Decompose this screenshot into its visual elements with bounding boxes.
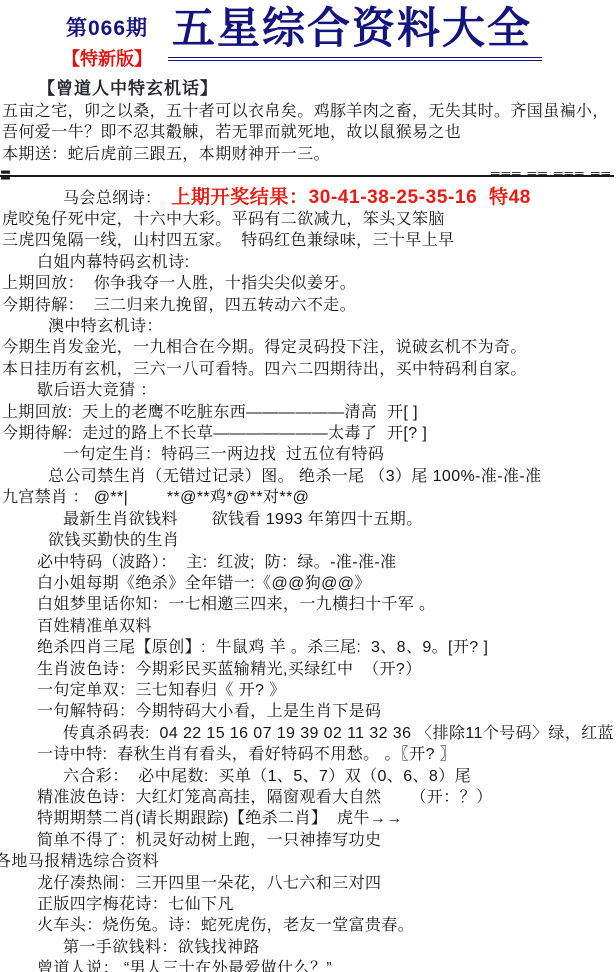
line-text: 吾何爱一牛？即不忍其觳觫，若无罪而就死地，故以鼠猴易之也 bbox=[2, 124, 461, 141]
line-text: 白姐梦里话你知：一七相邀三四来，一九横扫十千军 。 bbox=[37, 596, 435, 613]
text-line: 火车头：烧伤兔。诗：蛇死虎伤，老友一堂富贵春。 bbox=[37, 915, 616, 936]
document-page: 第066期 【特新版】 五星综合资料大全 【曾道人中特玄机话】 五亩之宅，卯之以… bbox=[0, 0, 616, 972]
section-header: 【曾道人中特玄机话】 bbox=[38, 74, 616, 99]
line-text: 今期生肖发金光，一九相合在今期。得定灵码投下注，说破玄机不为奇。 bbox=[2, 339, 527, 356]
line-text: 各地马报精选综合资料 bbox=[0, 853, 159, 870]
text-line: 第一手欲钱料：欲钱找神路 bbox=[63, 937, 616, 958]
divider-marks-right: ═══ ══ ═══ ══ bbox=[491, 166, 612, 180]
line-text: 火车头：烧伤兔。诗：蛇死虎伤，老友一堂富贵春。 bbox=[37, 917, 414, 934]
text-line: 马会总纲诗：上期开奖结果：30-41-38-25-35-16 特48 bbox=[63, 187, 616, 209]
text-line: 简单不得了：机灵好动树上跑，一只神捧写功史 bbox=[37, 830, 616, 851]
text-line: 龙仔凑热闹：三开四里一朵花，八七六和三对四 bbox=[37, 873, 616, 894]
line-text: 特期期禁二肖(请长期跟踪)【绝杀二肖】 虎牛→→ bbox=[37, 810, 403, 827]
line-text: 六合彩： 必中尾数: 买单（1、5、7）双（0、6、8）尾 bbox=[63, 768, 471, 785]
text-line: 白小姐每期《绝杀》全年错一:《@@狗@@》 bbox=[37, 573, 616, 594]
line-text: 总公司禁生肖（无错过记录）图。 绝杀一尾 （3）尾 100%-准-准-准 bbox=[48, 468, 542, 485]
line-text: 精准波色诗：大红灯笼高高挂，隔窗观看大自然 （开：？） bbox=[37, 789, 492, 806]
text-line: 生肖波色诗：今期彩民买蓝输精光,买绿红中 （开?） bbox=[37, 659, 616, 680]
divider-mark-left: 〓 bbox=[0, 167, 11, 183]
poem-label: 马会总纲诗： bbox=[63, 190, 161, 207]
text-line: 总公司禁生肖（无错过记录）图。 绝杀一尾 （3）尾 100%-准-准-准 bbox=[48, 466, 616, 487]
line-text: 本期送：蛇后虎前三跟五，本期财神开一三。 bbox=[2, 146, 330, 163]
line-text: 正版四字梅花诗：七仙下凡 bbox=[37, 896, 234, 913]
line-text: 欲钱买勤快的生肖 bbox=[48, 532, 179, 549]
text-line: 最新生肖欲钱料 欲钱看 1993 年第四十五期。 bbox=[63, 509, 616, 530]
text-line: 正版四字梅花诗：七仙下凡 bbox=[37, 894, 616, 915]
text-line: 歇后语大竞猜 ： bbox=[37, 380, 616, 401]
text-line: 本期送：蛇后虎前三跟五，本期财神开一三。 bbox=[2, 144, 616, 165]
line-text: 白姐内幕特码玄机诗: bbox=[37, 254, 189, 271]
edition-badge: 【特新版】 bbox=[62, 45, 152, 71]
horizontal-divider: 〓═══ ══ ═══ ══ bbox=[0, 165, 616, 186]
page-title: 五星综合资料大全 bbox=[168, 6, 542, 61]
text-line: 百姓精准单双料 bbox=[37, 616, 616, 637]
text-line: 三虎四兔隔一线，山村四五家。 特码红色兼绿味，三十早上早 bbox=[2, 230, 616, 251]
text-line: 绝杀四肖三尾【原创】: 牛鼠鸡 羊 。杀三尾: 3、8、9。[开? ] bbox=[37, 637, 616, 658]
line-text: 必中特码（波路）： 主: 红波; 防：绿。-准-准-准 bbox=[37, 554, 397, 571]
line-text: 百姓精准单双料 bbox=[37, 618, 152, 635]
line-text: 虎咬兔仔死中定，十六中大彩。平码有二欲减九，笨头又笨脑 bbox=[2, 211, 445, 228]
text-line: 传真杀码表: 04 22 15 16 07 19 39 02 11 32 36 … bbox=[63, 723, 616, 744]
line-text: 一句定单双：三七知春归《 开? 》 bbox=[37, 682, 286, 699]
line-text: 九宫禁肖 ： @**| **@**鸡*@**对**@ bbox=[2, 489, 309, 506]
line-text: 白小姐每期《绝杀》全年错一:《@@狗@@》 bbox=[37, 575, 371, 592]
line-text: 澳中特玄机诗： bbox=[48, 318, 163, 335]
text-line: 特期期禁二肖(请长期跟踪)【绝杀二肖】 虎牛→→ bbox=[37, 808, 616, 829]
line-text: 生肖波色诗：今期彩民买蓝输精光,买绿红中 （开?） bbox=[37, 661, 422, 678]
line-text: 本日挂历有玄机，三六一八可看特。四六二四期待出，买中特码利自家。 bbox=[2, 361, 527, 378]
text-line: 九宫禁肖 ： @**| **@**鸡*@**对**@ bbox=[2, 487, 616, 508]
line-text: 龙仔凑热闹：三开四里一朵花，八七六和三对四 bbox=[37, 875, 381, 892]
line-text: 一句定生肖：特码三一两边找 过五位有特码 bbox=[63, 446, 384, 463]
text-line: 五亩之宅，卯之以桑，五十者可以衣帛矣。鸡豚羊肉之畜，无失其时。齐国虽褊小， bbox=[2, 101, 616, 122]
line-text: 绝杀四肖三尾【原创】: 牛鼠鸡 羊 。杀三尾: 3、8、9。[开? ] bbox=[37, 639, 488, 656]
last-result-text: 上期开奖结果：30-41-38-25-35-16 特48 bbox=[171, 187, 531, 208]
text-line: 一句定生肖：特码三一两边找 过五位有特码 bbox=[63, 444, 616, 465]
line-text: 第一手欲钱料：欲钱找神路 bbox=[63, 939, 260, 956]
text-line: 本日挂历有玄机，三六一八可看特。四六二四期待出，买中特码利自家。 bbox=[2, 359, 616, 380]
issue-number: 第066期 bbox=[66, 12, 148, 42]
line-text: 三虎四兔隔一线，山村四五家。 特码红色兼绿味，三十早上早 bbox=[2, 232, 455, 249]
text-line: 白姐内幕特码玄机诗: bbox=[37, 252, 616, 273]
document-body: 五亩之宅，卯之以桑，五十者可以衣帛矣。鸡豚羊肉之畜，无失其时。齐国虽褊小，吾何爱… bbox=[0, 101, 616, 972]
text-line: 一诗中特: 春秋生肖有看头，看好特码不用愁。 。〖开? 〗 bbox=[37, 744, 616, 765]
text-line: 精准波色诗：大红灯笼高高挂，隔窗观看大自然 （开：？） bbox=[37, 787, 616, 808]
masthead: 第066期 【特新版】 五星综合资料大全 bbox=[0, 0, 616, 71]
text-line: 上期回放： 你争我夺一人胜，十指尖尖似姜牙。 bbox=[2, 273, 616, 294]
text-line: 欲钱买勤快的生肖 bbox=[48, 530, 616, 551]
text-line: 曾道人说： “男人三十在外最爱做什么？” bbox=[37, 958, 616, 972]
line-text: 今期待解： 三二归来九挽留，四五转动六不走。 bbox=[2, 297, 356, 314]
line-text: 传真杀码表: 04 22 15 16 07 19 39 02 11 32 36 … bbox=[63, 725, 614, 742]
line-text: 一诗中特: 春秋生肖有看头，看好特码不用愁。 。〖开? 〗 bbox=[37, 746, 456, 763]
line-text: 歇后语大竞猜 ： bbox=[37, 382, 157, 399]
text-line: 今期生肖发金光，一九相合在今期。得定灵码投下注，说破玄机不为奇。 bbox=[2, 337, 616, 358]
issue-block: 第066期 【特新版】 bbox=[62, 12, 152, 71]
line-text: 简单不得了：机灵好动树上跑，一只神捧写功史 bbox=[37, 832, 381, 849]
line-text: 曾道人说： “男人三十在外最爱做什么？” bbox=[37, 960, 332, 972]
text-line: 今期待解： 三二归来九挽留，四五转动六不走。 bbox=[2, 295, 616, 316]
line-text: 最新生肖欲钱料 欲钱看 1993 年第四十五期。 bbox=[63, 511, 423, 528]
text-line: 一句解特码：今期特码大小看，上是生肖下是码 bbox=[37, 701, 616, 722]
text-line: 必中特码（波路）： 主: 红波; 防：绿。-准-准-准 bbox=[37, 552, 616, 573]
text-line: 白姐梦里话你知：一七相邀三四来，一九横扫十千军 。 bbox=[37, 594, 616, 615]
text-line: 上期回放: 天上的老鹰不吃脏东西——————清高 开[ ] bbox=[2, 402, 616, 423]
line-text: 一句解特码：今期特码大小看，上是生肖下是码 bbox=[37, 703, 381, 720]
text-line: 澳中特玄机诗： bbox=[48, 316, 616, 337]
text-line: 今期待解: 走过的路上不长草———————太毒了 开[? ] bbox=[2, 423, 616, 444]
text-line: 虎咬兔仔死中定，十六中大彩。平码有二欲减九，笨头又笨脑 bbox=[2, 209, 616, 230]
line-text: 今期待解: 走过的路上不长草———————太毒了 开[? ] bbox=[2, 425, 427, 442]
text-line: 吾何爱一牛？即不忍其觳觫，若无罪而就死地，故以鼠猴易之也 bbox=[2, 122, 616, 143]
text-line: 六合彩： 必中尾数: 买单（1、5、7）双（0、6、8）尾 bbox=[63, 766, 616, 787]
line-text: 上期回放： 你争我夺一人胜，十指尖尖似姜牙。 bbox=[2, 275, 356, 292]
text-line: 各地马报精选综合资料 bbox=[0, 851, 616, 872]
line-text: 上期回放: 天上的老鹰不吃脏东西——————清高 开[ ] bbox=[2, 404, 418, 421]
text-line: 一句定单双：三七知春归《 开? 》 bbox=[37, 680, 616, 701]
line-text: 五亩之宅，卯之以桑，五十者可以衣帛矣。鸡豚羊肉之畜，无失其时。齐国虽褊小， bbox=[2, 103, 609, 120]
